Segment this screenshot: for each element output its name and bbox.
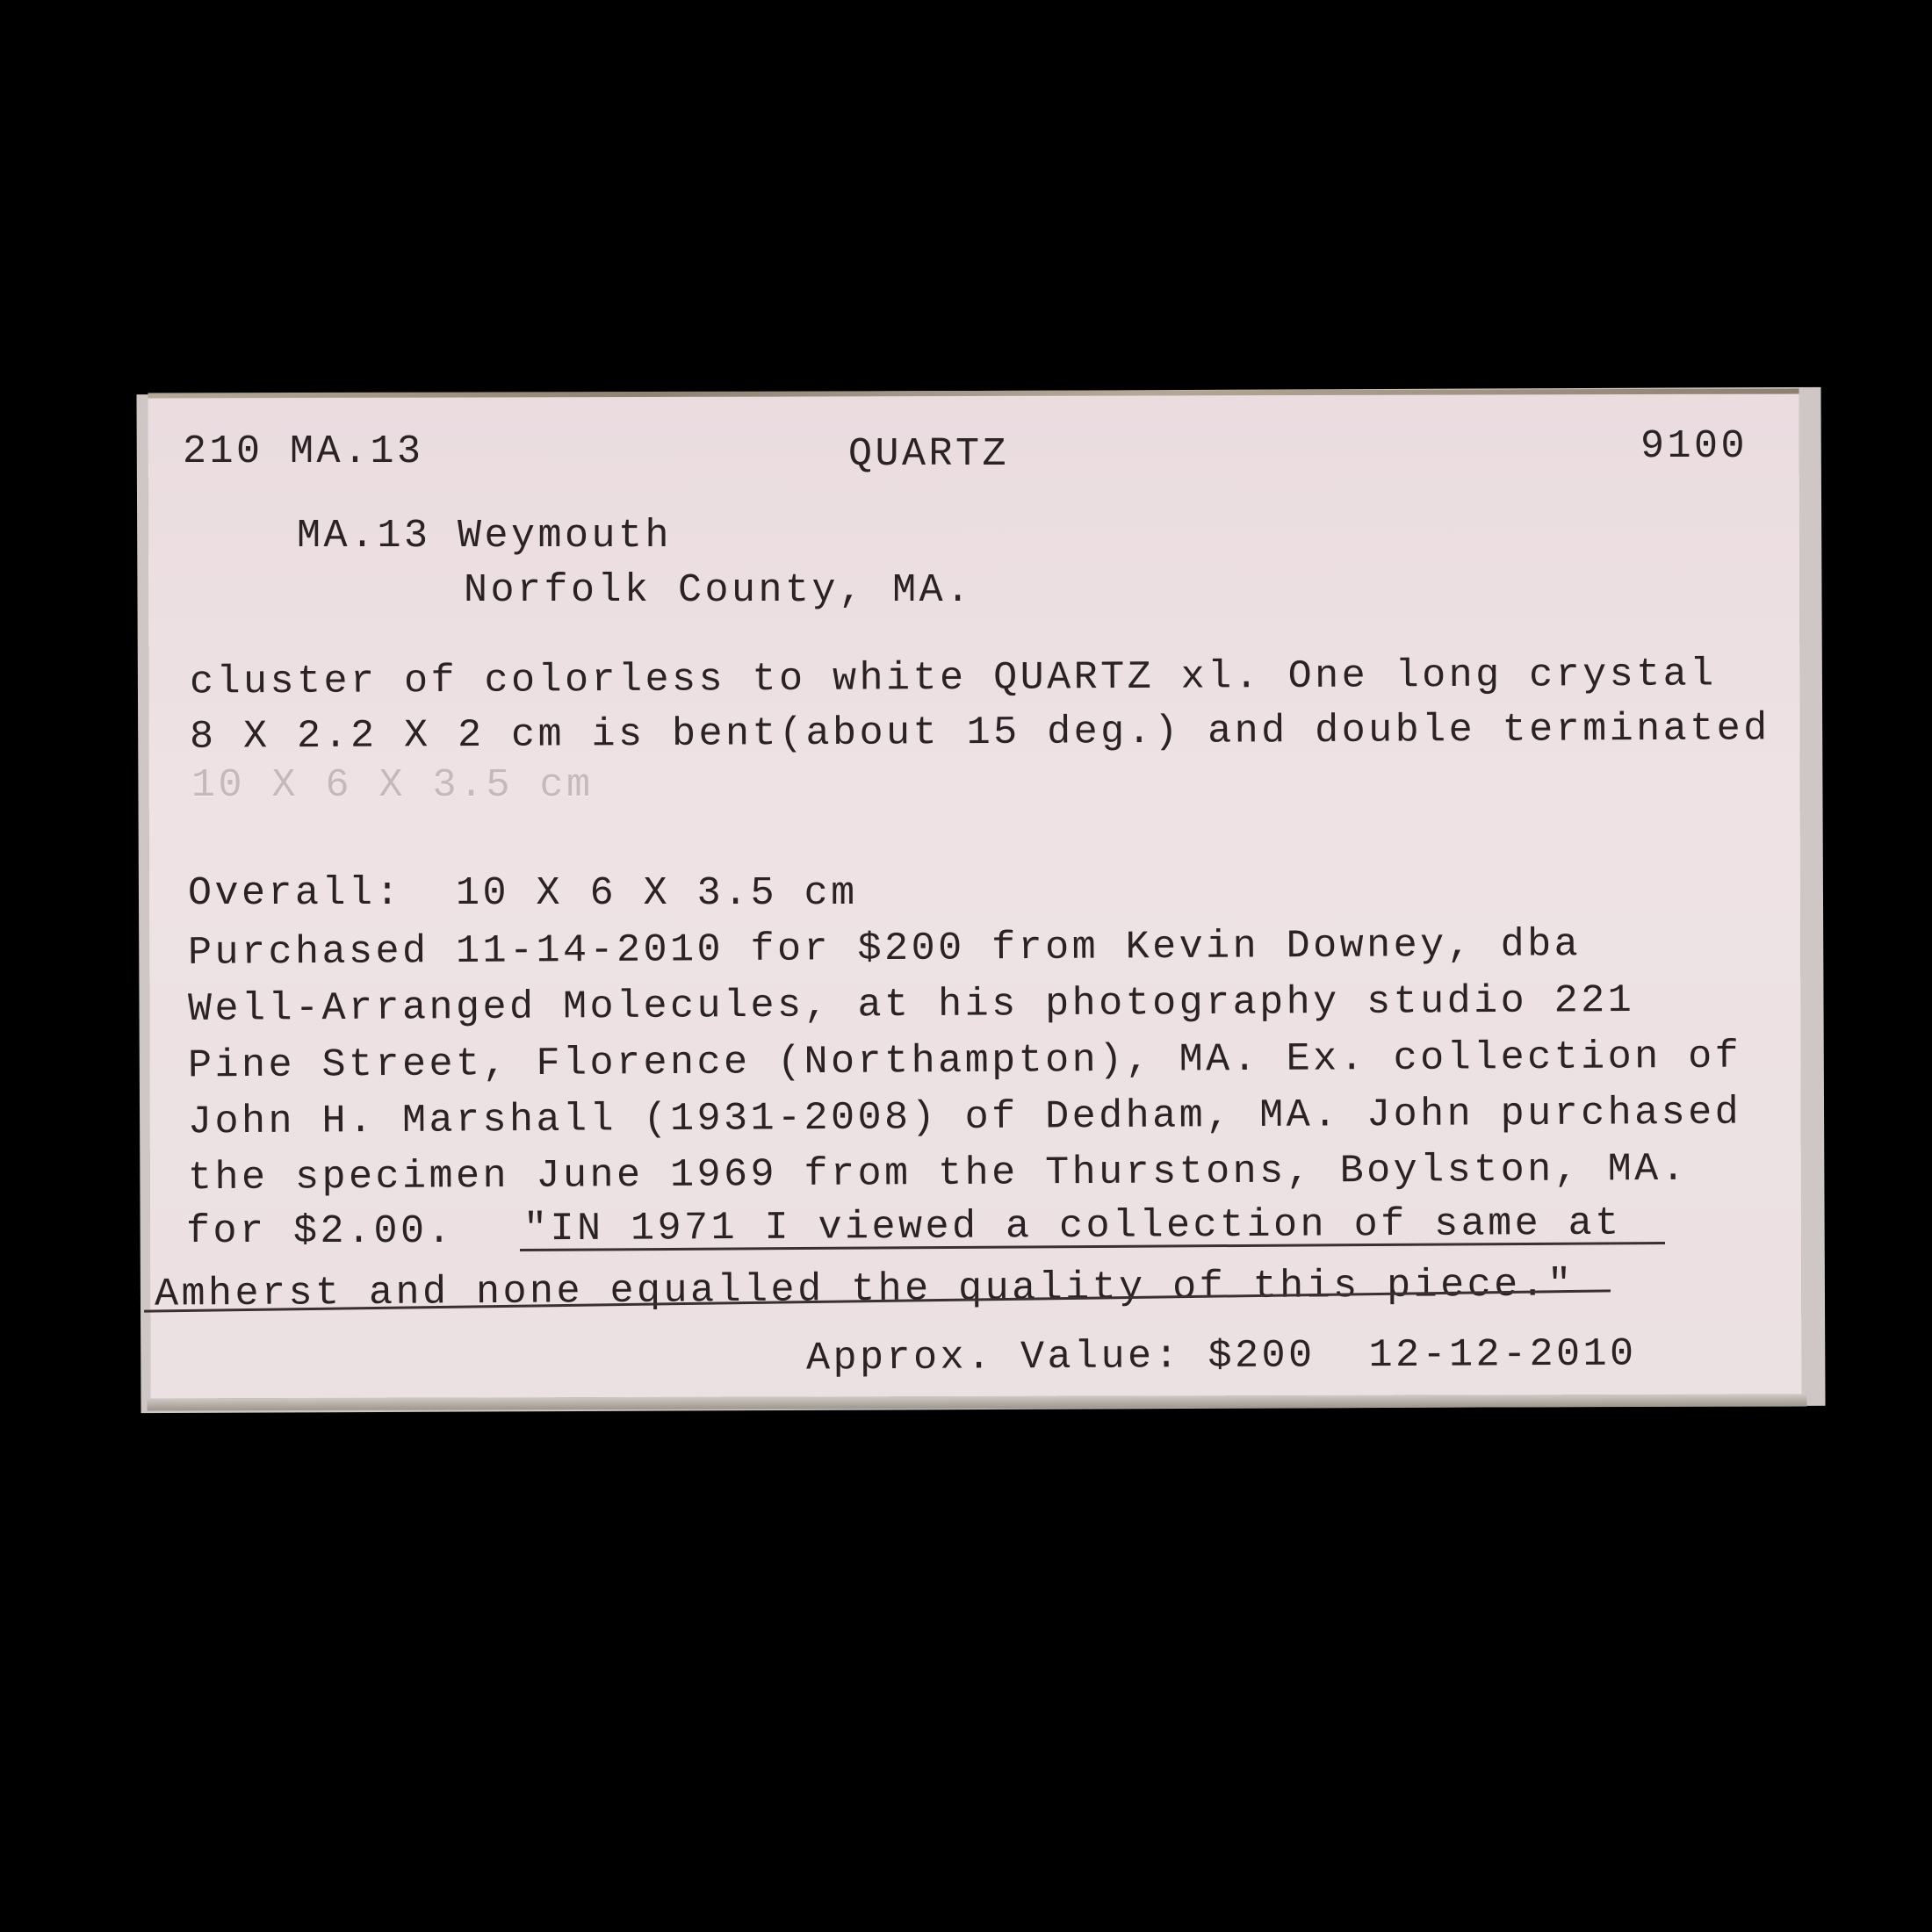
provenance-line-4: John H. Marshall (1931-2008) of Dedham, …	[188, 1093, 1742, 1143]
purchase-price: for $2.00.	[186, 1212, 454, 1251]
specimen-number: 9100	[1640, 427, 1748, 466]
approx-value: Approx. Value: $200 12-12-2010	[806, 1335, 1637, 1379]
catalog-code: 210 MA.13	[183, 432, 424, 472]
locality-county: Norfolk County, MA.	[464, 571, 973, 610]
provenance-line-2: Well-Arranged Molecules, at his photogra…	[188, 981, 1634, 1029]
description-line-2: 8 X 2.2 X 2 cm is bent(about 15 deg.) an…	[190, 709, 1770, 756]
mineral-name: QUARTZ	[848, 435, 1009, 474]
ghost-dimensions: 10 X 6 X 3.5 cm	[191, 766, 594, 805]
locality-place: MA.13 Weymouth	[297, 516, 672, 556]
description-line-1: cluster of colorless to white QUARTZ xl.…	[190, 654, 1717, 702]
overall-dimensions: Overall: 10 X 6 X 3.5 cm	[188, 874, 858, 913]
provenance-line-5: the specimen June 1969 from the Thurston…	[188, 1150, 1688, 1198]
provenance-line-1: Purchased 11-14-2010 for $200 from Kevin…	[188, 925, 1581, 973]
provenance-line-3: Pine Street, Florence (Northampton), MA.…	[188, 1037, 1742, 1086]
